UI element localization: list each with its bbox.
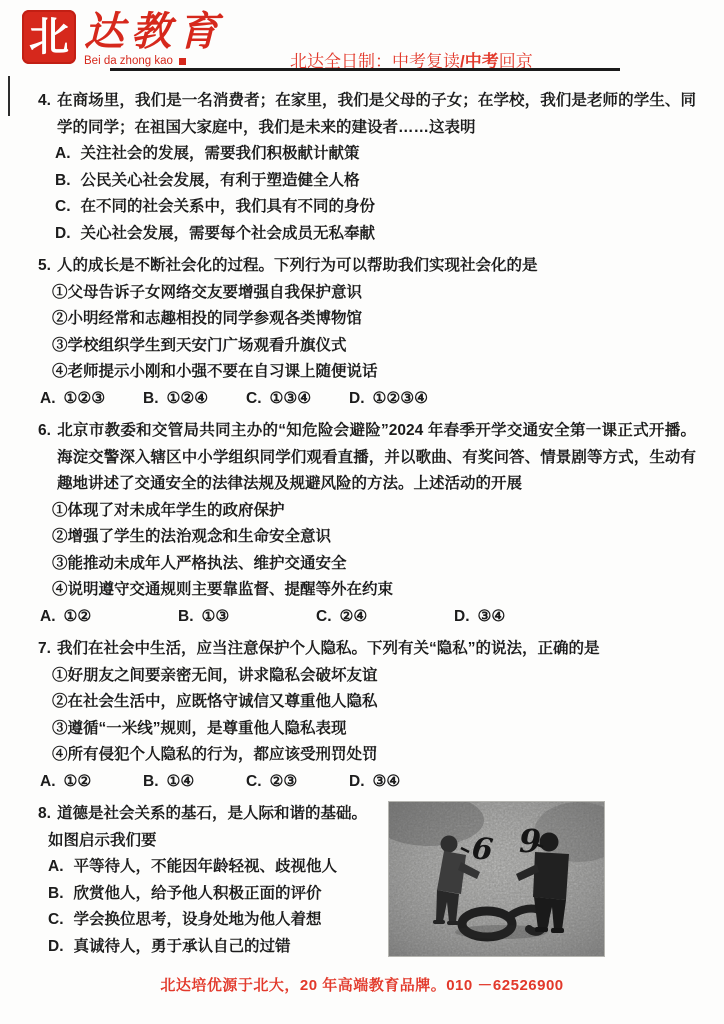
- question-8-hint: 如图启示我们要: [38, 828, 388, 855]
- statement-2: ②小明经常和志趣相投的同学参观各类博物馆: [52, 306, 696, 333]
- choice-label: D.: [349, 773, 365, 790]
- option-label: B.: [48, 885, 64, 902]
- choice-label: B.: [178, 608, 194, 625]
- option-text: 欣赏他人，给予他人积极正面的评价: [74, 885, 322, 902]
- brand-subtitle-text: Bei da zhong kao: [84, 55, 173, 67]
- question-text: 北京市教委和交管局共同主办的“知危险会避险”2024 年春季开学交通安全第一课正…: [57, 422, 696, 492]
- question-text: 人的成长是不断社会化的过程。下列行为可以帮助我们实现社会化的是: [57, 257, 538, 274]
- footer-text-mid: 年高端教育品牌。: [318, 977, 447, 994]
- statement-1: ①体现了对未成年学生的政府保护: [52, 498, 696, 525]
- question-5: 5.人的成长是不断社会化的过程。下列行为可以帮助我们实现社会化的是 ①父母告诉子…: [38, 253, 696, 412]
- option-text: 学会换位思考，设身处地为他人着想: [74, 911, 322, 928]
- question-6-statements: ①体现了对未成年学生的政府保护 ②增强了学生的法治观念和生命安全意识 ③能推动未…: [38, 498, 696, 604]
- choice-label: D.: [454, 608, 470, 625]
- question-5-stem: 5.人的成长是不断社会化的过程。下列行为可以帮助我们实现社会化的是: [38, 253, 696, 280]
- option-text: 公民关心社会发展，有利于塑造健全人格: [81, 172, 360, 189]
- question-5-choices: A.①②③ B.①②④ C.①③④ D.①②③④: [38, 386, 696, 413]
- choice-d: D.③④: [454, 604, 592, 631]
- choice-a: A.①②: [40, 604, 178, 631]
- option-text: 关心社会发展，需要每个社会成员无私奉献: [81, 225, 376, 242]
- perspective-6-9-illustration: 6 9: [388, 801, 605, 957]
- question-6: 6.北京市教委和交管局共同主办的“知危险会避险”2024 年春季开学交通安全第一…: [38, 418, 696, 630]
- option-c: C.在不同的社会关系中，我们具有不同的身份: [55, 194, 696, 221]
- choice-c: C.①③④: [246, 386, 349, 413]
- choice-value: ①②: [64, 773, 92, 790]
- option-text: 关注社会的发展，需要我们积极献计献策: [81, 145, 360, 162]
- statement-4: ④老师提示小刚和小强不要在自习课上随便说话: [52, 359, 696, 386]
- question-7-statements: ①好朋友之间要亲密无间，讲求隐私会破坏友谊 ②在社会生活中，应既恪守诚信又尊重他…: [38, 663, 696, 769]
- choice-label: B.: [143, 773, 159, 790]
- seal-character: 北: [29, 13, 69, 60]
- question-number: 4.: [38, 92, 51, 109]
- choice-label: B.: [143, 390, 159, 407]
- page-header: 北 达教育 Bei da zhong kao 北达全日制：中考复读/中考回京: [0, 0, 724, 86]
- handwritten-6: 6: [470, 831, 495, 868]
- question-number: 7.: [38, 640, 51, 657]
- question-text: 我们在社会中生活，应当注意保护个人隐私。下列有关“隐私”的说法，正确的是: [57, 640, 600, 657]
- option-d: D.关心社会发展，需要每个社会成员无私奉献: [55, 221, 696, 248]
- statement-3: ③遵循“一米线”规则，是尊重他人隐私表现: [52, 716, 696, 743]
- statement-4: ④说明遵守交通规则主要靠监督、提醒等外在约束: [52, 577, 696, 604]
- choice-value: ①③④: [270, 390, 312, 407]
- question-6-stem: 6.北京市教委和交管局共同主办的“知危险会避险”2024 年春季开学交通安全第一…: [38, 418, 696, 498]
- choice-label: A.: [40, 773, 56, 790]
- footer-text-pre: 北达培优源于北大，: [160, 977, 300, 994]
- question-text: 在商场里，我们是一名消费者；在家里，我们是父母的子女；在学校，我们是老师的学生、…: [57, 92, 696, 136]
- brand-text-block: 达教育 Bei da zhong kao: [84, 10, 225, 67]
- choice-label: A.: [40, 608, 56, 625]
- question-4-options: A.关注社会的发展，需要我们积极献计献策 B.公民关心社会发展，有利于塑造健全人…: [38, 141, 696, 247]
- statement-3: ③能推动未成年人严格执法、维护交通安全: [52, 551, 696, 578]
- scan-artifact-line: [8, 76, 10, 116]
- question-number: 8.: [38, 805, 51, 822]
- choice-d: D.①②③④: [349, 386, 428, 413]
- question-8-stem: 8.道德是社会关系的基石，是人际和谐的基础。: [38, 801, 388, 828]
- question-6-choices: A.①② B.①③ C.②④ D.③④: [38, 604, 696, 631]
- option-d: D.真诚待人，勇于承认自己的过错: [48, 934, 388, 961]
- choice-b: B.①②④: [143, 386, 246, 413]
- question-text: 道德是社会关系的基石，是人际和谐的基础。: [57, 805, 367, 822]
- statement-2: ②增强了学生的法治观念和生命安全意识: [52, 524, 696, 551]
- choice-c: C.②④: [316, 604, 454, 631]
- choice-value: ①②④: [167, 390, 209, 407]
- option-label: D.: [55, 225, 71, 242]
- option-label: D.: [48, 938, 64, 955]
- statement-3: ③学校组织学生到天安门广场观看升旗仪式: [52, 333, 696, 360]
- footer-years: 20: [300, 977, 318, 994]
- question-number: 6.: [38, 422, 51, 439]
- option-label: C.: [55, 198, 71, 215]
- choice-label: C.: [316, 608, 332, 625]
- handwritten-9: 9: [519, 822, 541, 860]
- questions-area: 4.在商场里，我们是一名消费者；在家里，我们是父母的子女；在学校，我们是老师的学…: [0, 86, 724, 960]
- choice-b: B.①③: [178, 604, 316, 631]
- choice-value: ①②③④: [373, 390, 429, 407]
- option-b: B.欣赏他人，给予他人积极正面的评价: [48, 881, 388, 908]
- question-number: 5.: [38, 257, 51, 274]
- brand-name: 达教育: [84, 10, 225, 54]
- choice-value: ③④: [478, 608, 506, 625]
- question-5-statements: ①父母告诉子女网络交友要增强自我保护意识 ②小明经常和志趣相投的同学参观各类博物…: [38, 280, 696, 386]
- choice-value: ②③: [270, 773, 298, 790]
- option-label: B.: [55, 172, 71, 189]
- page-footer: 北达培优源于北大，20 年高端教育品牌。010 －62526900: [0, 974, 724, 995]
- question-7: 7.我们在社会中生活，应当注意保护个人隐私。下列有关“隐私”的说法，正确的是 ①…: [38, 636, 696, 795]
- statement-1: ①好朋友之间要亲密无间，讲求隐私会破坏友谊: [52, 663, 696, 690]
- brand-seal: 北: [22, 10, 76, 64]
- brand-subtitle: Bei da zhong kao: [84, 55, 225, 67]
- option-text: 在不同的社会关系中，我们具有不同的身份: [81, 198, 376, 215]
- choice-value: ①②: [64, 608, 92, 625]
- question-7-stem: 7.我们在社会中生活，应当注意保护个人隐私。下列有关“隐私”的说法，正确的是: [38, 636, 696, 663]
- option-label: C.: [48, 911, 64, 928]
- choice-label: C.: [246, 773, 262, 790]
- choice-b: B.①④: [143, 769, 246, 796]
- choice-value: ①③: [202, 608, 230, 625]
- question-8: 8.道德是社会关系的基石，是人际和谐的基础。 如图启示我们要 A.平等待人，不能…: [38, 801, 696, 960]
- choice-label: C.: [246, 390, 262, 407]
- header-divider: [110, 68, 620, 71]
- question-8-text: 8.道德是社会关系的基石，是人际和谐的基础。 如图启示我们要 A.平等待人，不能…: [38, 801, 388, 960]
- statement-2: ②在社会生活中，应既恪守诚信又尊重他人隐私: [52, 689, 696, 716]
- question-8-options: A.平等待人，不能因年龄轻视、歧视他人 B.欣赏他人，给予他人积极正面的评价 C…: [38, 854, 388, 960]
- option-text: 平等待人，不能因年龄轻视、歧视他人: [74, 858, 338, 875]
- choice-label: A.: [40, 390, 56, 407]
- choice-label: D.: [349, 390, 365, 407]
- statement-1: ①父母告诉子女网络交友要增强自我保护意识: [52, 280, 696, 307]
- option-a: A.平等待人，不能因年龄轻视、歧视他人: [48, 854, 388, 881]
- option-text: 真诚待人，勇于承认自己的过错: [74, 938, 291, 955]
- question-7-choices: A.①② B.①④ C.②③ D.③④: [38, 769, 696, 796]
- option-a: A.关注社会的发展，需要我们积极献计献策: [55, 141, 696, 168]
- choice-c: C.②③: [246, 769, 349, 796]
- option-label: A.: [48, 858, 64, 875]
- exam-scan-page: 北 达教育 Bei da zhong kao 北达全日制：中考复读/中考回京 4…: [0, 0, 724, 1024]
- choice-value: ①②③: [64, 390, 106, 407]
- choice-a: A.①②③: [40, 386, 143, 413]
- statement-4: ④所有侵犯个人隐私的行为，都应该受刑罚处罚: [52, 742, 696, 769]
- choice-value: ①④: [167, 773, 195, 790]
- brand-logo: 北 达教育 Bei da zhong kao: [22, 10, 225, 67]
- phone-number: 010 －62526900: [446, 977, 563, 994]
- choice-value: ②④: [340, 608, 368, 625]
- option-c: C.学会换位思考，设身处地为他人着想: [48, 907, 388, 934]
- choice-d: D.③④: [349, 769, 400, 796]
- red-square-mark-icon: [179, 58, 186, 65]
- question-4-stem: 4.在商场里，我们是一名消费者；在家里，我们是父母的子女；在学校，我们是老师的学…: [38, 88, 696, 141]
- choice-value: ③④: [373, 773, 401, 790]
- choice-a: A.①②: [40, 769, 143, 796]
- option-label: A.: [55, 145, 71, 162]
- question-4: 4.在商场里，我们是一名消费者；在家里，我们是父母的子女；在学校，我们是老师的学…: [38, 88, 696, 247]
- option-b: B.公民关心社会发展，有利于塑造健全人格: [55, 168, 696, 195]
